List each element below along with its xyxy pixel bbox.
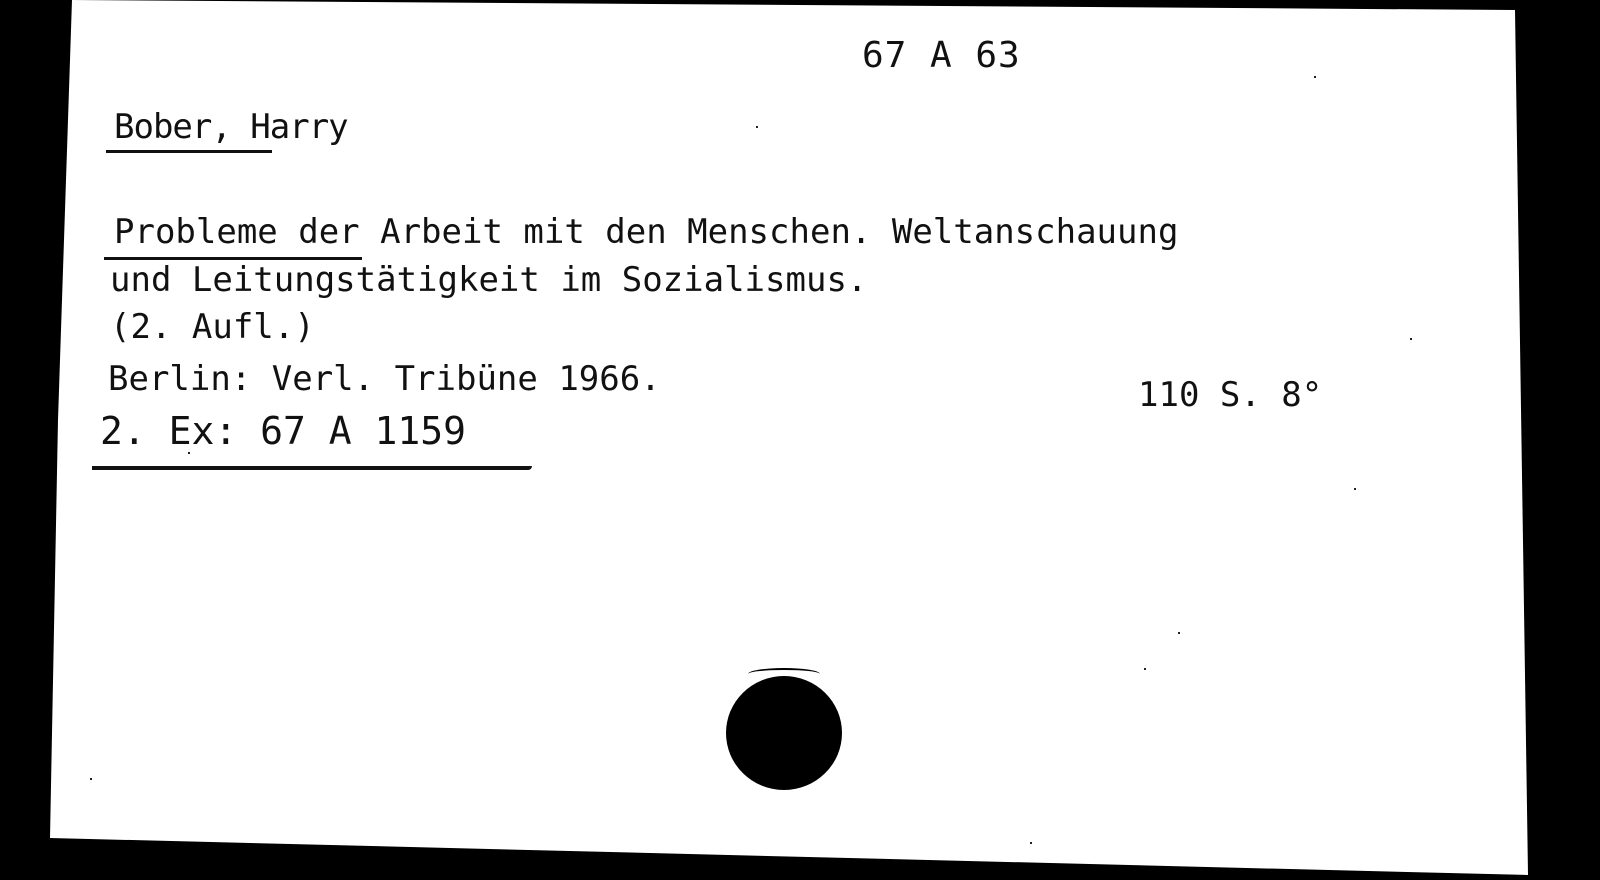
speck [1178,632,1180,634]
speck [1314,76,1316,78]
collation: 110 S. 8° [1138,378,1322,412]
imprint: Berlin: Verl. Tribüne 1966. [108,362,661,396]
title-line-1: Probleme der Arbeit mit den Menschen. We… [114,215,1178,249]
copy-note: 2. Ex: 67 A 1159 [100,412,466,450]
punch-hole [726,676,842,790]
author-underline [106,150,272,153]
speck [1144,668,1146,670]
speck [1410,338,1412,340]
speck [1030,842,1032,844]
catalog-card: 67 A 63 Bober, Harry Probleme der Arbeit… [0,0,1600,880]
speck [188,452,190,454]
author-heading: Bober, Harry [114,110,348,144]
title-line-2: und Leitungstätigkeit im Sozialismus. [110,263,867,297]
speck [756,126,758,128]
copy-note-underline [92,466,532,470]
edition-statement: (2. Aufl.) [110,310,315,344]
speck [90,778,92,780]
speck [1354,488,1356,490]
call-number: 67 A 63 [862,38,1021,74]
